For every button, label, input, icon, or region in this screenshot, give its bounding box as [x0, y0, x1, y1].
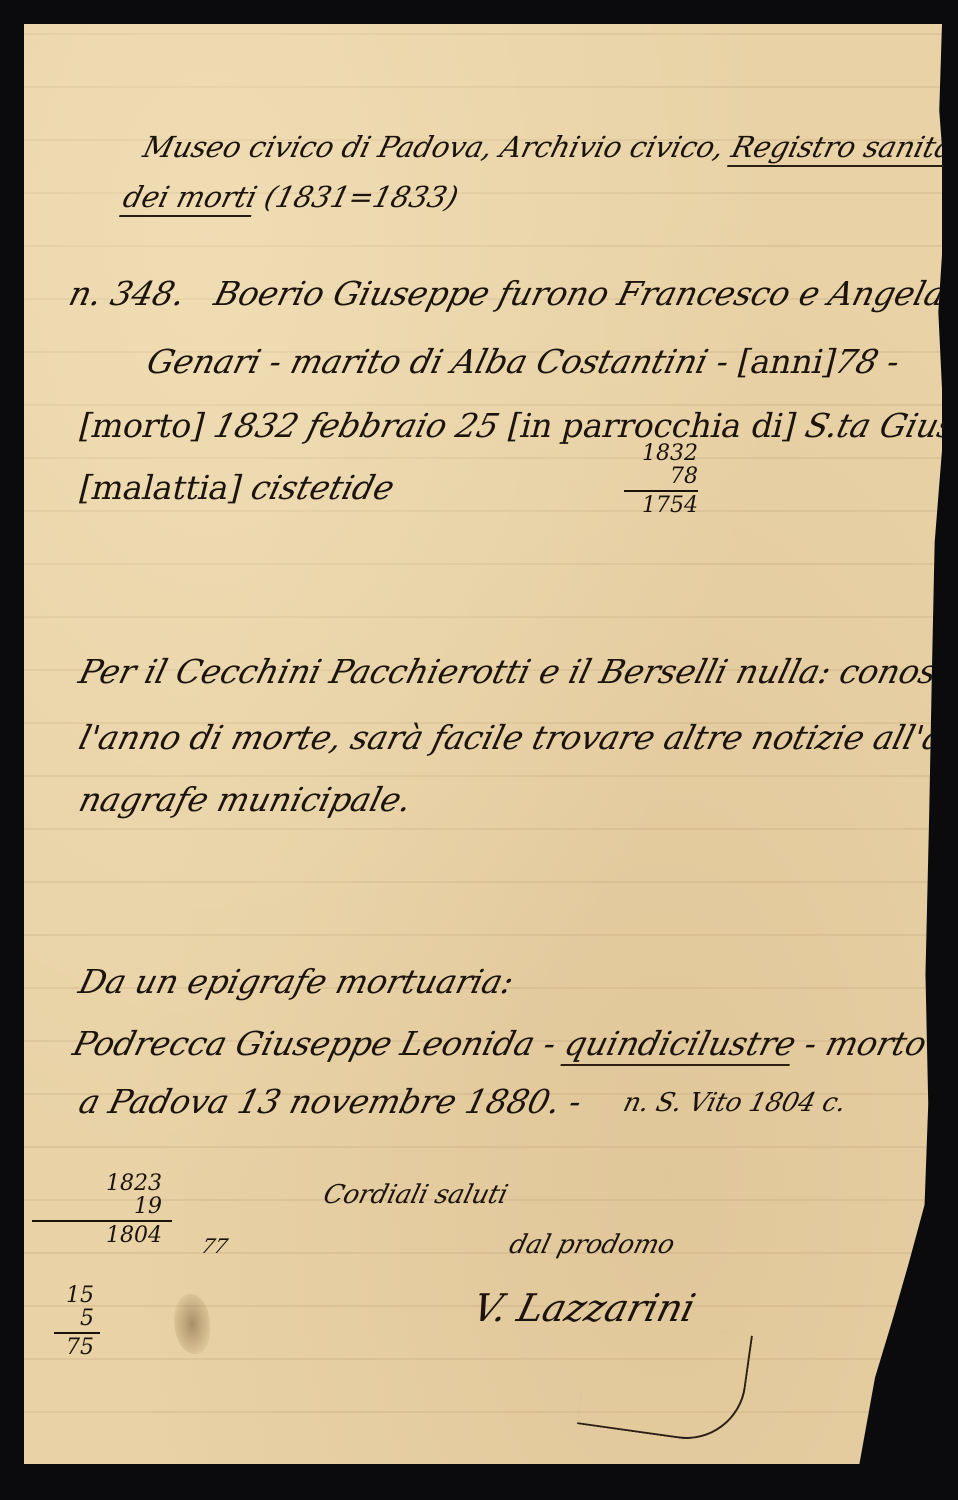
paper-sheet: Museo civico di Padova, Archivio civico,… — [24, 24, 942, 1464]
header-line-1: Museo civico di Padova, Archivio civico,… — [140, 130, 958, 164]
calc-top: 1832 — [624, 442, 698, 465]
entry-number: n. 348. — [65, 274, 189, 313]
paragraph2-line-3: nagrafe municipale. — [75, 780, 415, 819]
entry-name-parents: Boerio Giuseppe furono Francesco e Angel… — [210, 274, 949, 313]
paragraph2-line-1: Per il Cecchini Pacchierotti e il Bersel… — [75, 652, 958, 691]
margin-calc2-result: 75 — [54, 1336, 94, 1359]
paragraph2-line-2: l'anno di morte, sarà facile trovare alt… — [75, 718, 947, 757]
register-title-cont: dei morti — [119, 180, 260, 217]
calc-rule — [624, 490, 698, 492]
epigraph-line-1: Podrecca Giuseppe Leonida - quindicilust… — [69, 1024, 930, 1063]
epigraph-line-2: a Padova 13 novembre 1880. - — [75, 1082, 586, 1121]
epigraph-death-place-date: a Padova 13 novembre 1880. - — [75, 1082, 586, 1121]
birth-year-calc: 1832 78 1754 — [624, 442, 698, 517]
parish-label: [in parrocchia di] — [504, 406, 801, 445]
epigraph-epithet: quindicilustre — [560, 1024, 800, 1066]
archive-source: Museo civico di Padova, Archivio civico, — [140, 130, 737, 164]
register-years: (1831=1833) — [252, 180, 462, 214]
calc-minus: 78 — [624, 465, 698, 488]
calc-result: 1754 — [624, 494, 698, 517]
epigraph-died: - morto — [801, 1024, 931, 1063]
death-label: [morto] — [75, 406, 209, 445]
age-value: 78 - — [831, 342, 904, 381]
margin-calc-rule — [32, 1220, 172, 1222]
entry-line-1: n. 348. Boerio Giuseppe furono Francesco… — [65, 274, 949, 313]
margin-side-note: 77 — [199, 1234, 230, 1258]
entry-spouse: Genari - marito di Alba Costantini - — [143, 342, 733, 381]
age-label: [anni] — [734, 342, 841, 381]
entry-line-3: [morto] 1832 febbraio 25 [in parrocchia … — [75, 406, 958, 445]
entry-line-4: [malattia] cistetide — [75, 468, 398, 507]
header-line-2: dei morti (1831=1833) — [120, 180, 462, 214]
death-date: 1832 febbraio 25 — [210, 406, 503, 445]
entry-line-2: Genari - marito di Alba Costantini - [an… — [143, 342, 904, 381]
illness-value: cistetide — [247, 468, 398, 507]
parish-name: S.ta Giustina — [801, 406, 958, 445]
epigraph-heading: Da un epigrafe mortuaria: — [75, 962, 518, 1001]
margin-calc-top: 1823 — [72, 1172, 162, 1195]
margin-calc-2: 15 5 75 — [54, 1284, 94, 1359]
margin-calc2-top: 15 — [54, 1284, 94, 1307]
margin-calc2-rule — [54, 1332, 100, 1334]
margin-calc-minus: 19 — [72, 1195, 162, 1218]
margin-calc-result: 1804 — [72, 1224, 162, 1247]
margin-calc2-minus: 5 — [54, 1307, 94, 1330]
closing-greeting: Cordiali saluti — [320, 1180, 510, 1210]
closing-signoff: dal prodomo — [506, 1230, 677, 1260]
margin-calc-1: 1823 19 1804 — [72, 1172, 162, 1247]
signature-flourish — [577, 1313, 753, 1446]
register-title: Registro sanitario — [727, 130, 958, 167]
epigraph-birth-note: n. S. Vito 1804 c. — [620, 1088, 849, 1118]
illness-label: [malattia] — [75, 468, 246, 507]
epigraph-name: Podrecca Giuseppe Leonida - — [69, 1024, 560, 1063]
ink-stain — [174, 1294, 210, 1354]
